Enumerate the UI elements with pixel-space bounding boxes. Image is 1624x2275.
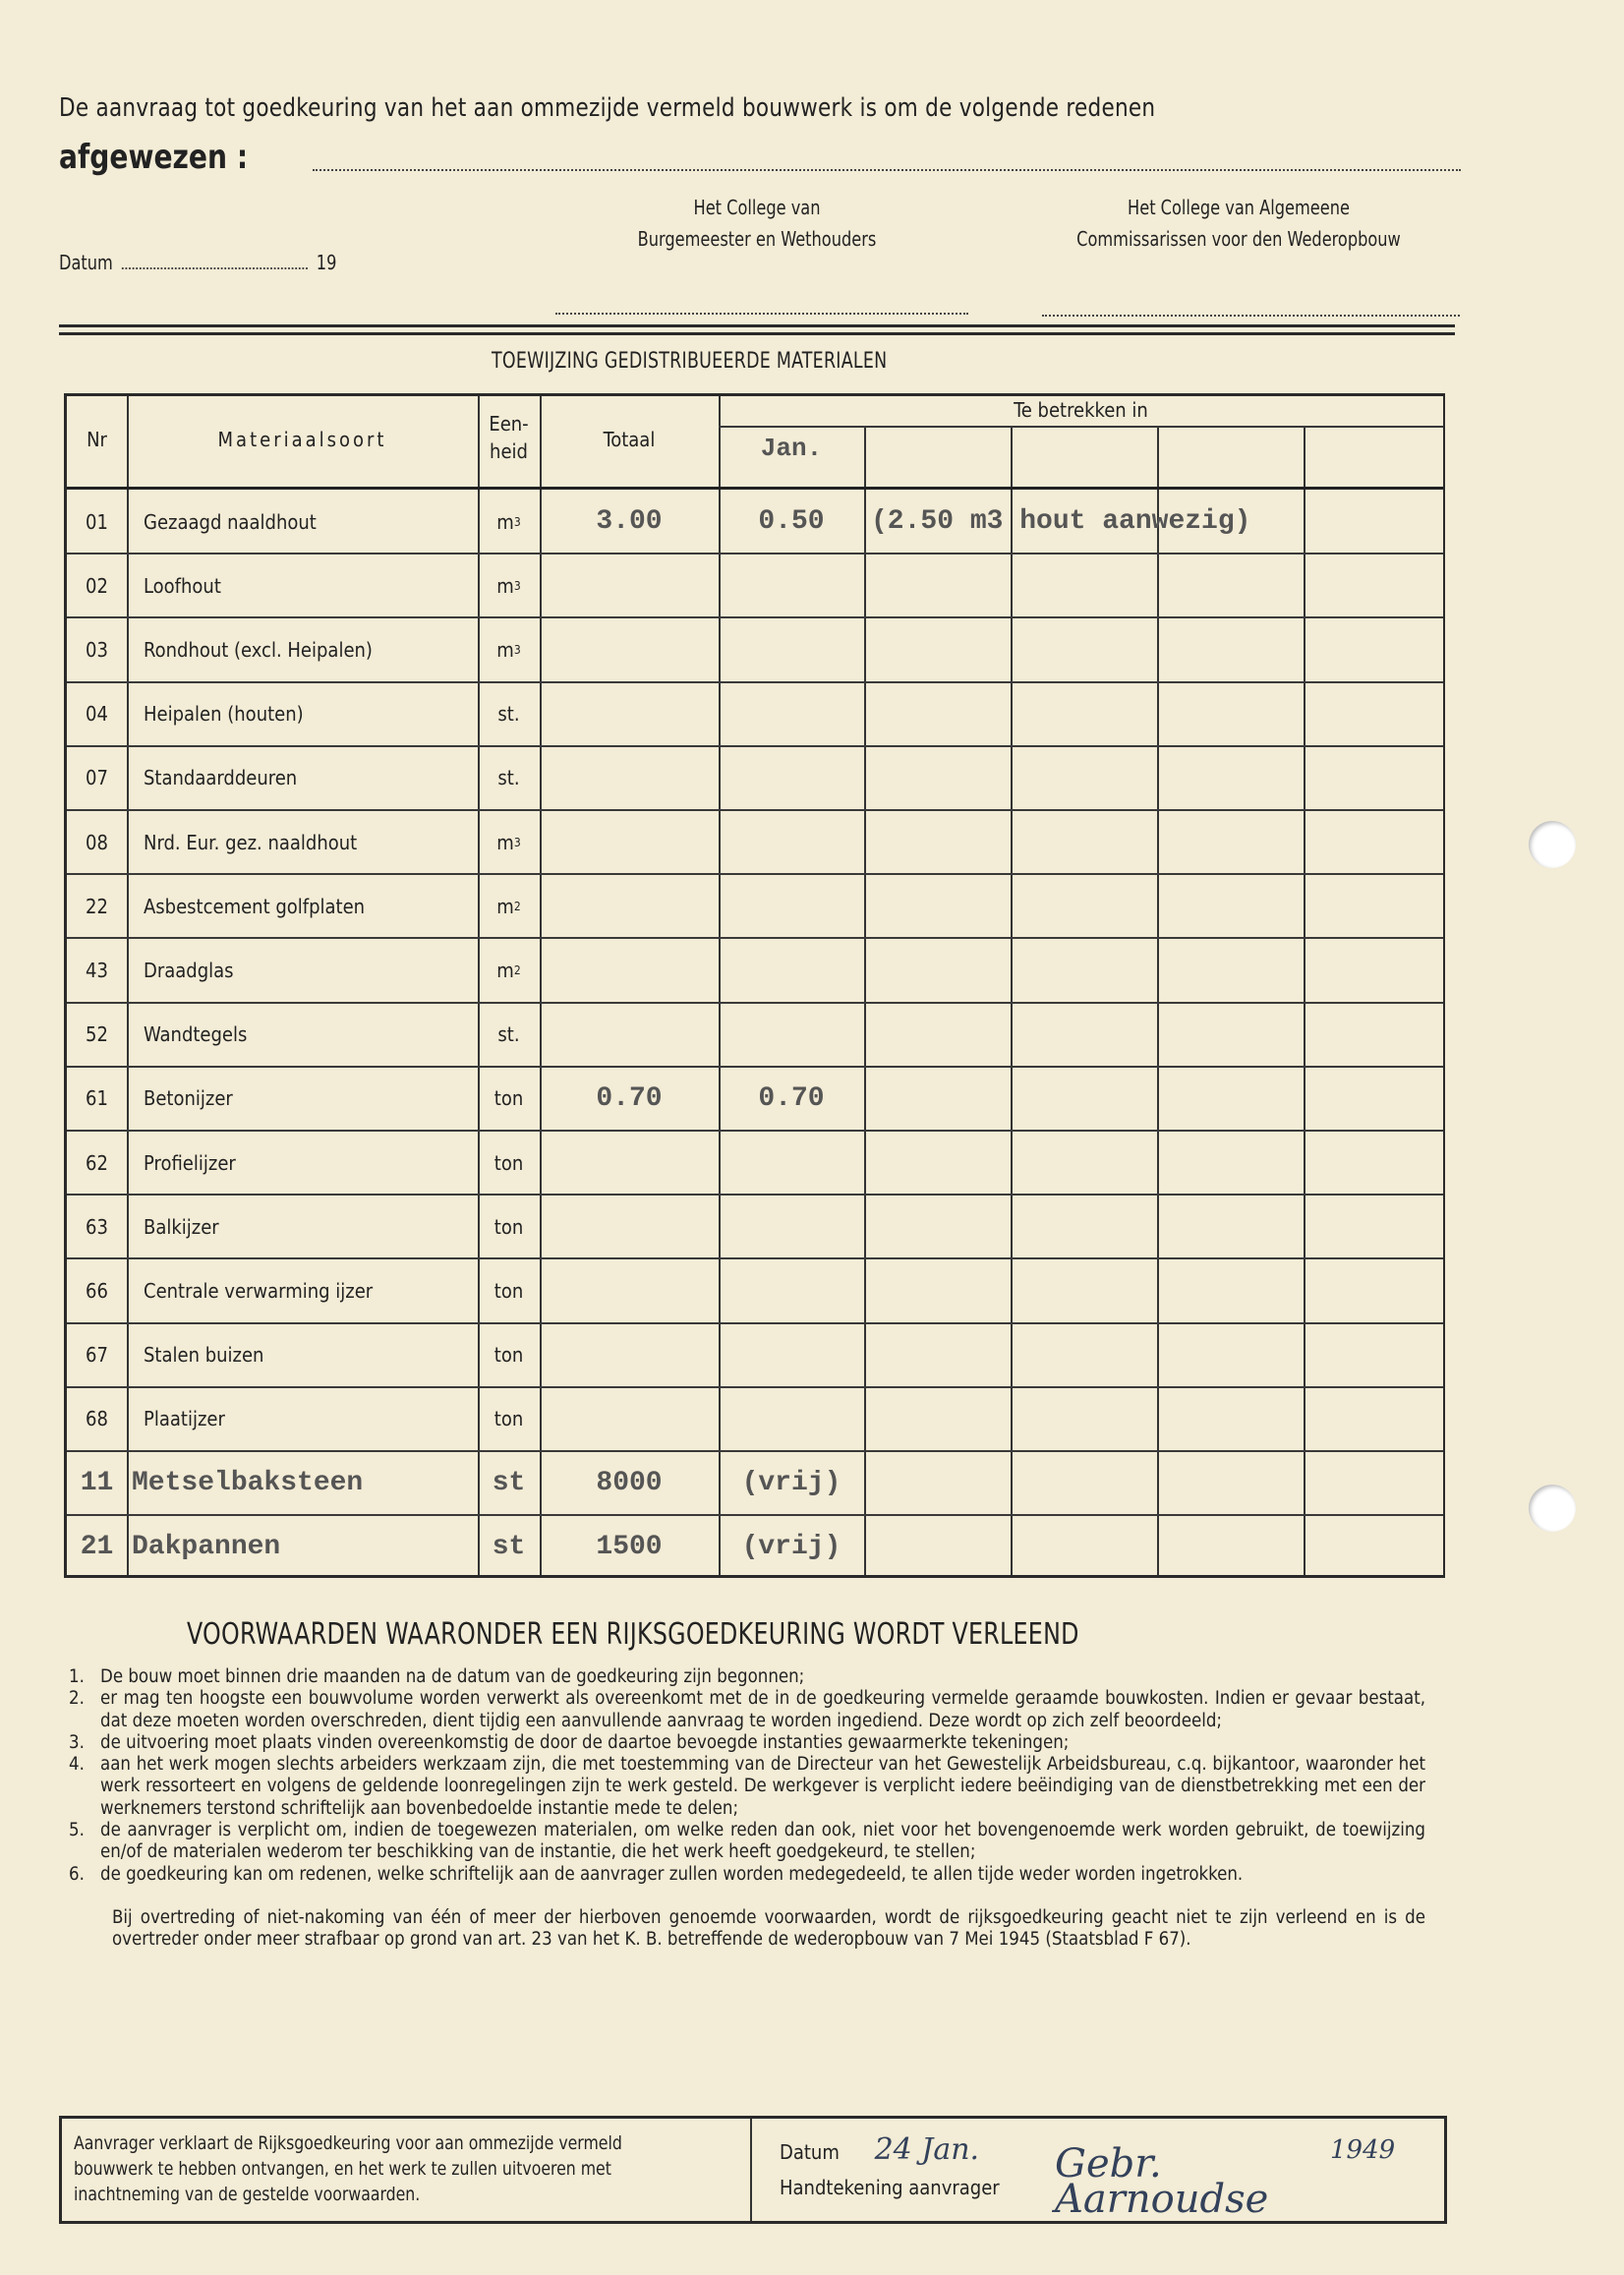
row-total (540, 746, 719, 810)
rejection-date-block: Datum19 (59, 251, 336, 274)
college-bw-block: Het College van Burgemeester en Wethoude… (589, 192, 925, 255)
row-unit: ton (478, 1323, 540, 1387)
unit-exponent: 2 (514, 900, 521, 913)
applicant-signature-row: Handtekening aanvrager Gebr. Aarnoudse (780, 2170, 1000, 2205)
college-aw-line1: Het College van Algemeene (1035, 192, 1442, 223)
header-month-1: Jan. (719, 434, 864, 463)
row-total (540, 1258, 719, 1322)
row-month-1 (719, 617, 864, 681)
condition-text: aan het werk mogen slechts arbeiders wer… (100, 1754, 1425, 1820)
college-bw-line2: Burgemeester en Wethouders (589, 223, 925, 255)
punch-hole (1529, 821, 1576, 868)
row-nr: 08 (67, 810, 127, 874)
unit-exponent: 3 (514, 643, 521, 657)
row-unit: st (478, 1451, 540, 1515)
unit-text: ton (494, 1151, 523, 1175)
unit-text: ton (494, 1407, 523, 1430)
row-material: Gezaagd naaldhout (144, 490, 478, 554)
row-total (540, 554, 719, 617)
unit-text: st. (497, 702, 519, 726)
unit-text: m (496, 959, 514, 982)
row-total (540, 1003, 719, 1067)
unit-text: m (496, 574, 514, 598)
row-total (540, 938, 719, 1002)
header-totaal: Totaal (540, 428, 719, 451)
row-material: Asbestcement golfplaten (144, 874, 478, 938)
row-material: Profielijzer (144, 1131, 478, 1195)
condition-number: 5. (69, 1820, 100, 1864)
condition-item: 5.de aanvrager is verplicht om, indien d… (69, 1820, 1425, 1864)
penalty-clause: Bij overtreding of niet-nakoming van één… (69, 1907, 1425, 1952)
condition-number: 3. (69, 1732, 100, 1754)
unit-text: st (493, 1468, 526, 1498)
row-month-1: 0.70 (719, 1067, 864, 1131)
condition-item: 4.aan het werk mogen slechts arbeiders w… (69, 1754, 1425, 1820)
condition-text: de goedkeuring kan om redenen, welke sch… (100, 1864, 1425, 1886)
row-total (540, 617, 719, 681)
row-material: Heipalen (houten) (144, 682, 478, 746)
row-total: 0.70 (540, 1067, 719, 1131)
row-unit: st (478, 1515, 540, 1579)
row-month-1 (719, 1323, 864, 1387)
header-te-betrekken: Te betrekken in (719, 398, 1443, 422)
condition-item: 1.De bouw moet binnen drie maanden na de… (69, 1666, 1425, 1688)
row-nr: 61 (67, 1067, 127, 1131)
unit-text: m (496, 895, 514, 918)
divider (59, 332, 1455, 335)
row-total (540, 810, 719, 874)
unit-text: m (496, 638, 514, 662)
rejection-reason-field[interactable] (313, 169, 1461, 171)
condition-item: 2.er mag ten hoogste een bouwvolume word… (69, 1688, 1425, 1732)
row-month-1 (719, 1258, 864, 1322)
row-nr: 62 (67, 1131, 127, 1195)
college-bw-line1: Het College van (589, 192, 925, 223)
row-nr: 22 (67, 874, 127, 938)
applicant-declaration-box: Aanvrager verklaart de Rijksgoedkeuring … (59, 2116, 1447, 2224)
date-label: Datum (59, 251, 113, 274)
row-material: Centrale verwarming ijzer (144, 1258, 478, 1322)
row-total (540, 1387, 719, 1451)
row-month-1 (719, 746, 864, 810)
unit-exponent: 3 (514, 515, 521, 529)
row-unit: ton (478, 1258, 540, 1322)
condition-item: 6.de goedkeuring kan om redenen, welke s… (69, 1864, 1425, 1886)
row-total: 8000 (540, 1451, 719, 1515)
row-month-1 (719, 938, 864, 1002)
signature-field-bw[interactable] (555, 313, 968, 315)
unit-text: m (496, 831, 514, 854)
condition-item: 3.de uitvoering moet plaats vinden overe… (69, 1732, 1425, 1754)
row-total (540, 1131, 719, 1195)
row-material: Plaatijzer (144, 1387, 478, 1451)
row-nr: 68 (67, 1387, 127, 1451)
date-label: Datum (780, 2140, 840, 2164)
row-nr: 04 (67, 682, 127, 746)
row-unit: ton (478, 1387, 540, 1451)
row-material: Balkijzer (144, 1195, 478, 1258)
row-month-1 (719, 874, 864, 938)
row-nr: 02 (67, 554, 127, 617)
row-material: Wandtegels (144, 1003, 478, 1067)
unit-exponent: 3 (514, 579, 521, 593)
row-nr: 07 (67, 746, 127, 810)
condition-text: de aanvrager is verplicht om, indien de … (100, 1820, 1425, 1864)
unit-text: ton (494, 1215, 523, 1239)
row-month-1 (719, 1387, 864, 1451)
row-unit: m2 (478, 938, 540, 1002)
condition-number: 2. (69, 1688, 100, 1732)
row-material: Nrd. Eur. gez. naaldhout (144, 810, 478, 874)
row-note: (2.50 m3 hout aanwezig) (871, 490, 1461, 554)
row-material: Loofhout (144, 554, 478, 617)
date-handwritten[interactable]: 24 Jan. (875, 2132, 979, 2167)
row-nr: 21 (67, 1515, 127, 1579)
conditions-list: 1.De bouw moet binnen drie maanden na de… (69, 1666, 1425, 1952)
condition-text: De bouw moet binnen drie maanden na de d… (100, 1666, 1425, 1688)
conditions-title: VOORWAARDEN WAARONDER EEN RIJKSGOEDKEURI… (187, 1617, 1079, 1652)
rejection-intro-text: De aanvraag tot goedkeuring van het aan … (59, 93, 1353, 123)
row-nr: 67 (67, 1323, 127, 1387)
row-unit: st. (478, 682, 540, 746)
applicant-date-row: Datum 24 Jan. 1949 (780, 2132, 1000, 2170)
condition-number: 4. (69, 1754, 100, 1820)
row-material: Metselbaksteen (132, 1451, 466, 1515)
condition-number: 1. (69, 1666, 100, 1688)
divider (59, 324, 1455, 327)
unit-text: ton (494, 1086, 523, 1110)
row-total (540, 1195, 719, 1258)
row-material: Standaarddeuren (144, 746, 478, 810)
row-nr: 43 (67, 938, 127, 1002)
row-month-1 (719, 1003, 864, 1067)
row-total (540, 682, 719, 746)
unit-text: st. (497, 1022, 519, 1046)
header-eenheid: Een- heid (478, 410, 540, 465)
condition-text: de uitvoering moet plaats vinden overeen… (100, 1732, 1425, 1754)
row-month-1 (719, 1195, 864, 1258)
row-nr: 03 (67, 617, 127, 681)
header-eenheid-line2: heid (478, 437, 540, 465)
row-month-1 (719, 682, 864, 746)
row-nr: 52 (67, 1003, 127, 1067)
row-total: 1500 (540, 1515, 719, 1579)
punch-hole (1529, 1485, 1576, 1532)
unit-text: st (493, 1532, 526, 1562)
materials-table: Nr Materiaalsoort Een- heid Totaal Te be… (64, 393, 1445, 1578)
row-unit: ton (478, 1131, 540, 1195)
unit-text: ton (494, 1279, 523, 1303)
row-total: 3.00 (540, 490, 719, 554)
row-unit: m3 (478, 554, 540, 617)
row-nr: 01 (67, 490, 127, 554)
row-material: Stalen buizen (144, 1323, 478, 1387)
row-material: Rondhout (excl. Heipalen) (144, 617, 478, 681)
declaration-text: Aanvrager verklaart de Rijksgoedkeuring … (74, 2130, 689, 2207)
college-aw-line2: Commissarissen voor den Wederopbouw (1035, 223, 1442, 255)
signature-label: Handtekening aanvrager (780, 2176, 1000, 2199)
row-unit: ton (478, 1195, 540, 1258)
year-prefix: 19 (317, 251, 337, 274)
row-unit: m3 (478, 810, 540, 874)
date-field[interactable] (122, 267, 308, 269)
applicant-signature-block: Datum 24 Jan. 1949 Handtekening aanvrage… (780, 2132, 1000, 2205)
row-unit: st. (478, 1003, 540, 1067)
condition-number: 6. (69, 1864, 100, 1886)
condition-text: er mag ten hoogste een bouwvolume worden… (100, 1688, 1425, 1732)
unit-text: st. (497, 766, 519, 789)
rejected-label: afgewezen : (59, 138, 248, 177)
header-divider (719, 426, 1443, 428)
date-year[interactable]: 1949 (1330, 2132, 1395, 2168)
table-title: TOEWIJZING GEDISTRIBUEERDE MATERIALEN (492, 349, 887, 374)
row-month-1: (vrij) (719, 1451, 864, 1515)
signature-handwritten[interactable]: Gebr. Aarnoudse (1055, 2146, 1268, 2217)
unit-exponent: 2 (514, 963, 521, 977)
college-aw-block: Het College van Algemeene Commissarissen… (1035, 192, 1442, 255)
row-nr: 11 (67, 1451, 127, 1515)
row-nr: 66 (67, 1258, 127, 1322)
row-unit: m3 (478, 617, 540, 681)
row-month-1 (719, 810, 864, 874)
row-unit: m2 (478, 874, 540, 938)
row-material: Betonijzer (144, 1067, 478, 1131)
row-total (540, 1323, 719, 1387)
row-month-1: 0.50 (719, 490, 864, 554)
unit-text: ton (494, 1343, 523, 1367)
unit-exponent: 3 (514, 836, 521, 849)
unit-text: m (496, 510, 514, 534)
row-month-1 (719, 554, 864, 617)
row-nr: 63 (67, 1195, 127, 1258)
signature-field-aw[interactable] (1042, 315, 1460, 317)
row-unit: m3 (478, 490, 540, 554)
box-divider (750, 2119, 752, 2221)
row-material: Draadglas (144, 938, 478, 1002)
header-materiaalsoort: Materiaalsoort (127, 428, 478, 451)
header-nr: Nr (67, 428, 127, 451)
row-total (540, 874, 719, 938)
row-month-1 (719, 1131, 864, 1195)
row-month-1: (vrij) (719, 1515, 864, 1579)
row-material: Dakpannen (132, 1515, 466, 1579)
column-divider (127, 396, 129, 1575)
row-unit: ton (478, 1067, 540, 1131)
row-unit: st. (478, 746, 540, 810)
header-eenheid-line1: Een- (478, 410, 540, 437)
